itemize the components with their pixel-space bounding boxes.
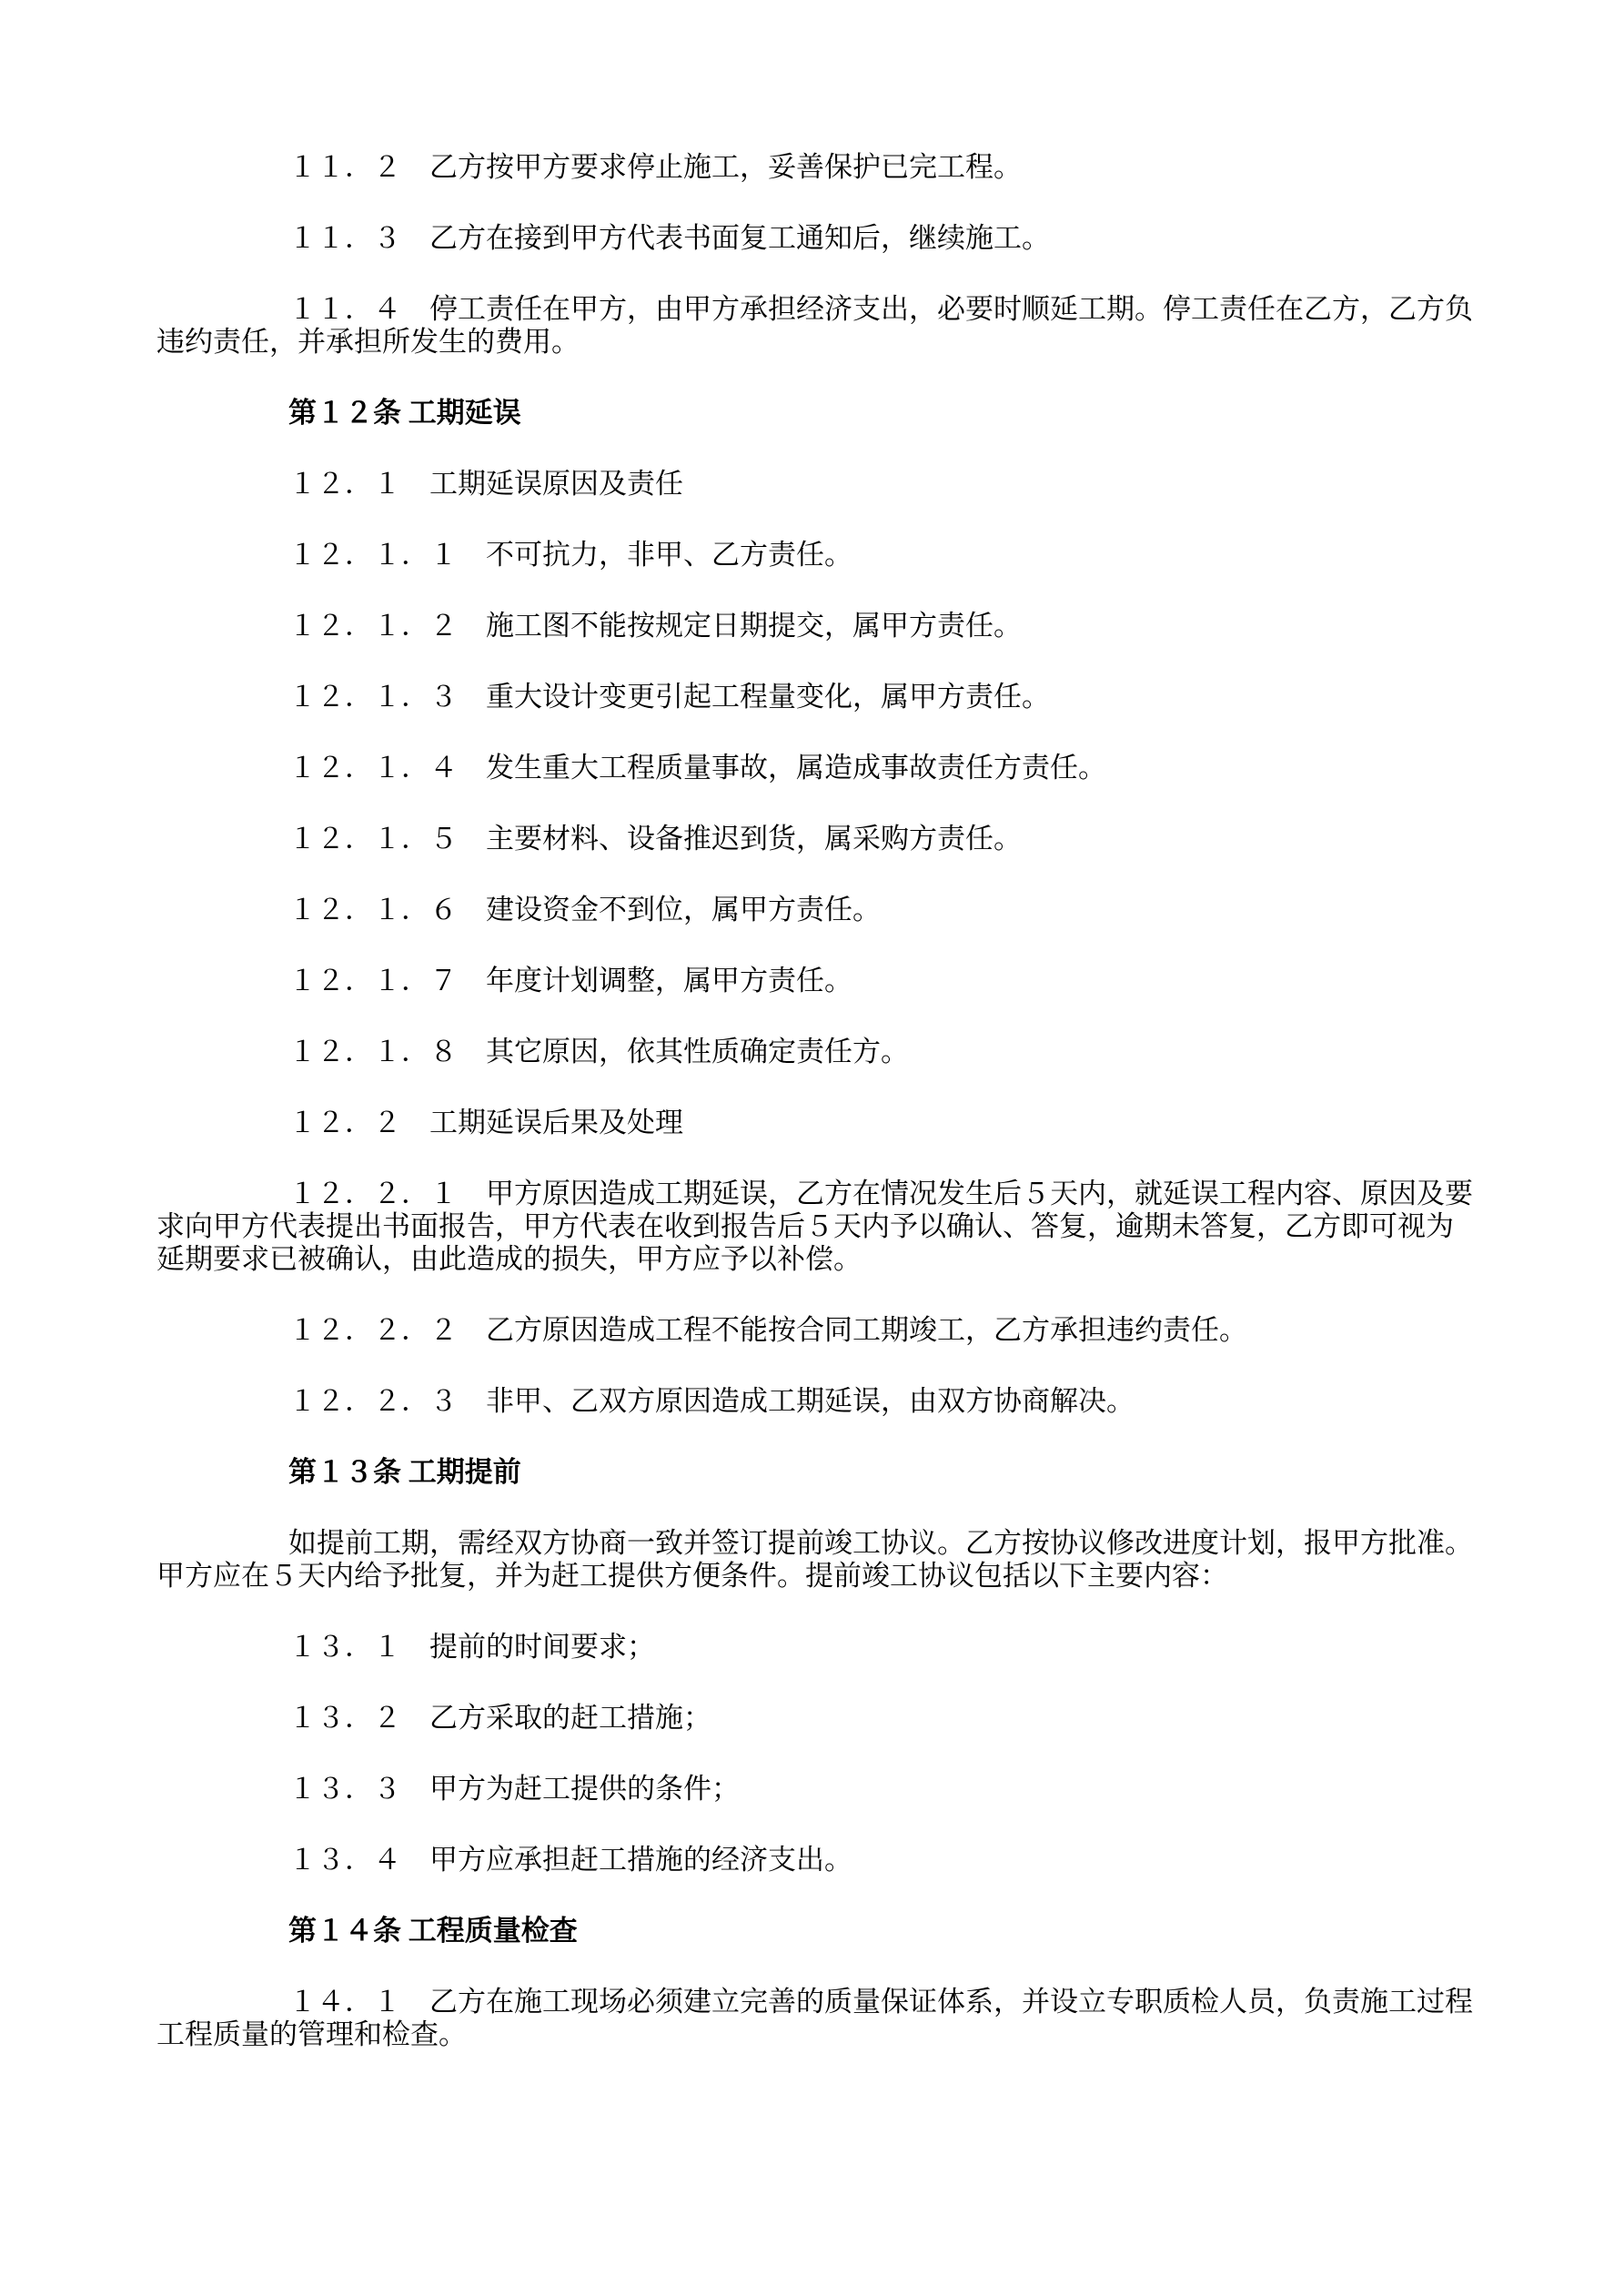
- paragraph-12-2-3: １２．２．３ 非甲、乙双方原因造成工期延误，由双方协商解决。: [156, 1385, 1476, 1418]
- paragraph-12-1-8: １２．１．８ 其它原因，依其性质确定责任方。: [156, 1036, 1476, 1068]
- heading-clause-14: 第１４条 工程质量检查: [156, 1915, 1476, 1947]
- paragraph-13-2: １３．２ 乙方采取的赶工措施；: [156, 1702, 1476, 1735]
- paragraph-11-2: １１．２ 乙方按甲方要求停止施工，妥善保护已完工程。: [156, 151, 1476, 184]
- paragraph-clause-13-intro: 如提前工期，需经双方协商一致并签订提前竣工协议。乙方按协议修改进度计划，报甲方批…: [156, 1527, 1476, 1593]
- paragraph-11-4: １１．４ 停工责任在甲方，由甲方承担经济支出，必要时顺延工期。停工责任在乙方，乙…: [156, 293, 1476, 359]
- paragraph-12-1-3: １２．１．３ 重大设计变更引起工程量变化，属甲方责任。: [156, 681, 1476, 713]
- heading-clause-12: 第１２条 工期延误: [156, 397, 1476, 430]
- paragraph-12-1-1: １２．１．１ 不可抗力，非甲、乙方责任。: [156, 539, 1476, 571]
- paragraph-13-3: １３．３ 甲方为赶工提供的条件；: [156, 1773, 1476, 1805]
- paragraph-13-4: １３．４ 甲方应承担赶工措施的经济支出。: [156, 1844, 1476, 1876]
- paragraph-12-1-4: １２．１．４ 发生重大工程质量事故，属造成事故责任方责任。: [156, 752, 1476, 784]
- paragraph-13-1: １３．１ 提前的时间要求；: [156, 1631, 1476, 1664]
- paragraph-12-2: １２．２ 工期延误后果及处理: [156, 1107, 1476, 1139]
- paragraph-12-1-6: １２．１．６ 建设资金不到位，属甲方责任。: [156, 894, 1476, 926]
- paragraph-12-1-5: １２．１．５ 主要材料、设备推迟到货，属采购方责任。: [156, 823, 1476, 855]
- paragraph-12-2-1: １２．２．１ 甲方原因造成工期延误，乙方在情况发生后５天内，就延误工程内容、原因…: [156, 1178, 1476, 1276]
- paragraph-14-1: １４．１ 乙方在施工现场必须建立完善的质量保证体系，并设立专职质检人员，负责施工…: [156, 1986, 1476, 2051]
- paragraph-11-3: １１．３ 乙方在接到甲方代表书面复工通知后，继续施工。: [156, 222, 1476, 255]
- heading-clause-13: 第１３条 工期提前: [156, 1456, 1476, 1489]
- paragraph-12-1: １２．１ 工期延误原因及责任: [156, 468, 1476, 501]
- paragraph-12-1-7: １２．１．７ 年度计划调整，属甲方责任。: [156, 965, 1476, 997]
- contract-document-page: １１．２ 乙方按甲方要求停止施工，妥善保护已完工程。 １１．３ 乙方在接到甲方代…: [0, 0, 1624, 2296]
- paragraph-12-2-2: １２．２．２ 乙方原因造成工程不能按合同工期竣工，乙方承担违约责任。: [156, 1314, 1476, 1347]
- paragraph-12-1-2: １２．１．２ 施工图不能按规定日期提交，属甲方责任。: [156, 610, 1476, 642]
